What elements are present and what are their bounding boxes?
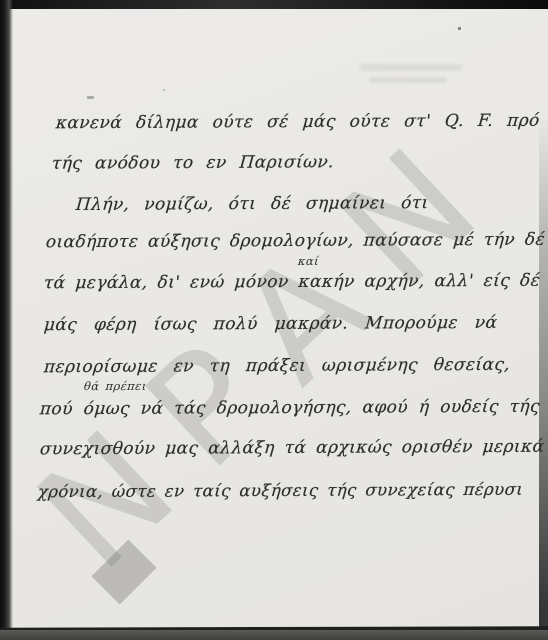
handwriting-line-3: Πλήν, νομίζω, ότι δέ σημαίνει ότι — [75, 193, 429, 215]
interlinear-insertion-1: καί — [297, 254, 319, 268]
interlinear-insertion-2: θά πρέπει — [83, 379, 147, 393]
handwriting-line-8: πού όμως νά τάς δρομολογήσης, αφού ή ουδ… — [39, 397, 541, 420]
scanned-letter-photo: ΝΡΑΝ κανενά δίλημα ούτε σέ μάς ούτε στ' … — [0, 0, 548, 640]
paper-speck — [87, 96, 94, 99]
photo-edge-left — [0, 0, 13, 640]
photo-edge-right-shadow — [539, 0, 548, 640]
handwriting-line-10: χρόνια, ώστε εν ταίς αυξήσεις τής συνεχε… — [37, 480, 524, 502]
handwriting-line-9: συνεχισθούν μας αλλάξη τά αρχικώς ορισθέ… — [39, 437, 545, 460]
photo-edge-top — [0, 0, 548, 9]
handwriting-line-7: περιορίσωμε εν τη πράξει ωρισμένης θεσεί… — [43, 355, 511, 377]
handwriting-line-6: μάς φέρη ίσως πολύ μακράν. Μπορούμε νά — [43, 313, 498, 335]
handwriting-line-1: κανενά δίλημα ούτε σέ μάς ούτε στ' Q. F.… — [55, 111, 540, 134]
faint-stamp-line-2 — [369, 77, 447, 83]
faint-stamp-line-1 — [360, 64, 462, 71]
handwriting-line-4: οιαδήποτε αύξησις δρομολογίων, παύσασε μ… — [45, 230, 546, 253]
paper-speck — [458, 27, 461, 30]
handwriting-line-2: τής ανόδου το εν Παρισίων. — [51, 152, 335, 173]
handwriting-line-5: τά μεγάλα, δι' ενώ μόνον κακήν αρχήν, αλ… — [43, 271, 541, 294]
photo-edge-bottom — [0, 630, 548, 640]
paper-speck — [163, 89, 165, 91]
